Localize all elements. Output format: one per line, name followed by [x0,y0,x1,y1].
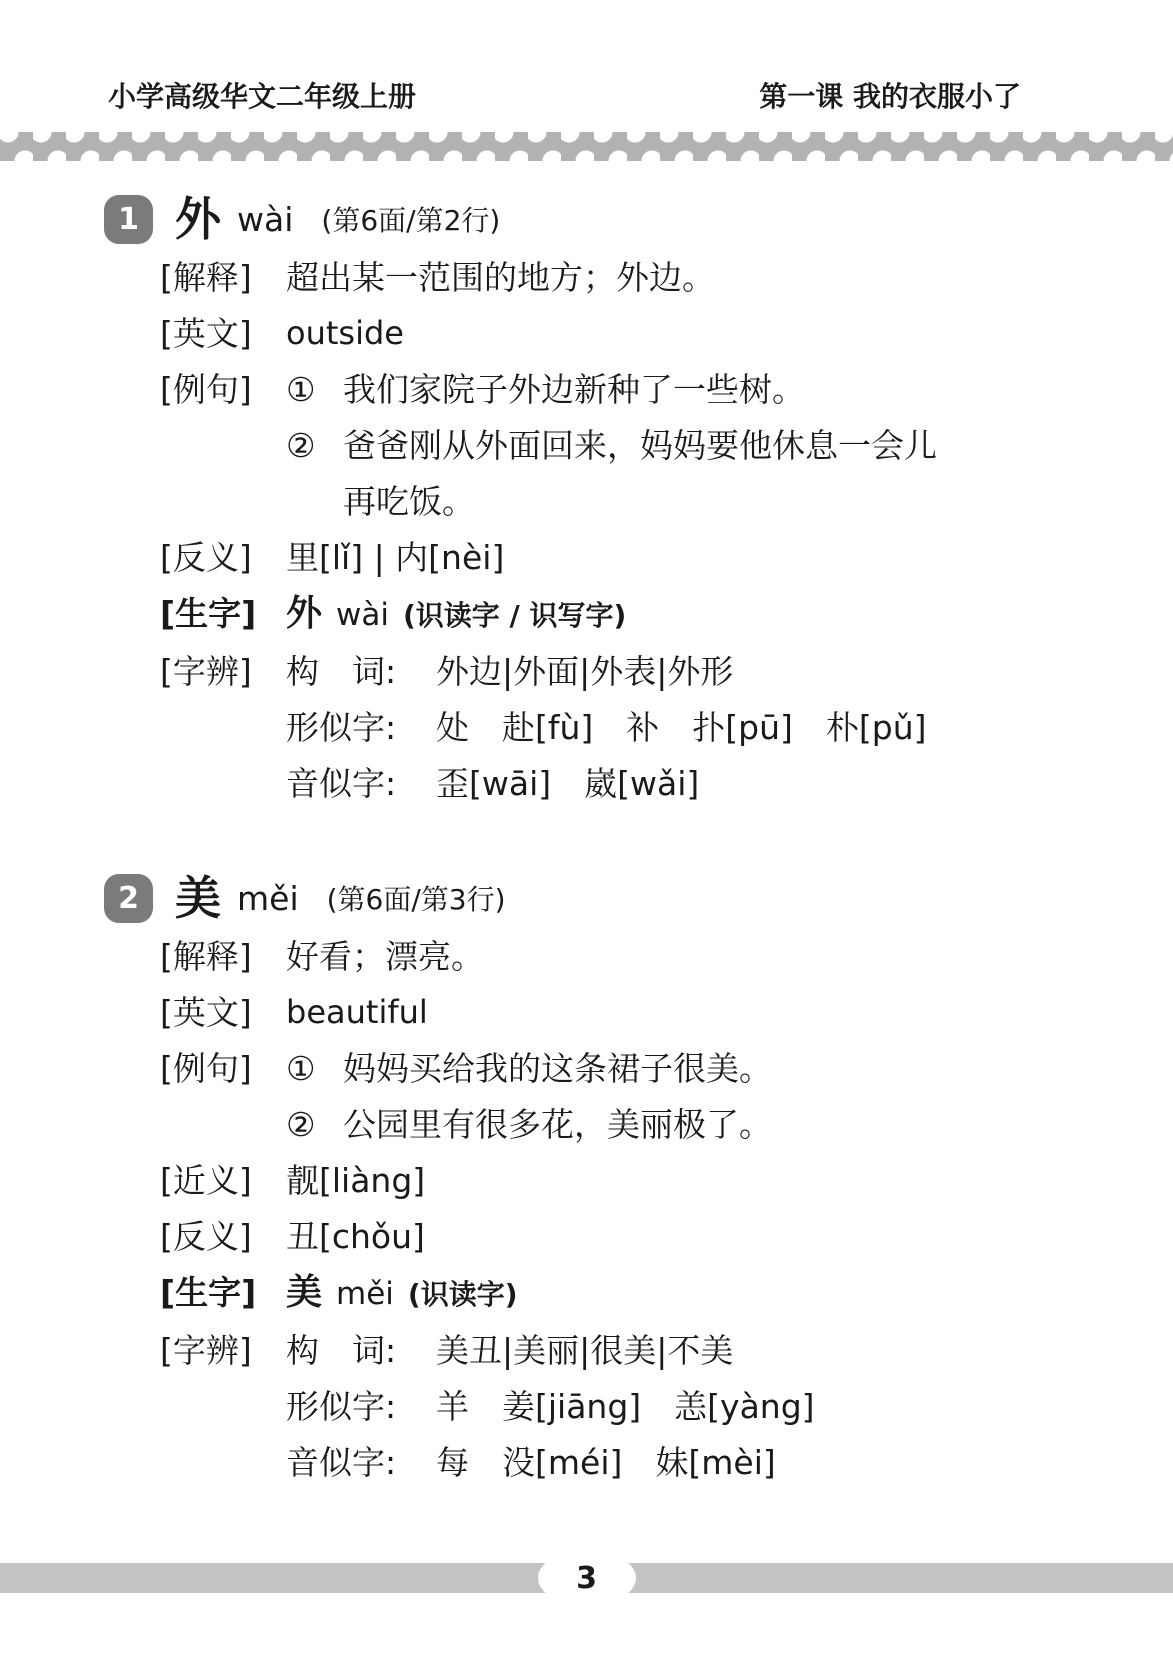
row-english: [英文] beautiful [160,994,1038,1031]
textbook-page: 小学高级华文二年级上册 第一课 我的衣服小了 1 外 wài (第6面/第2行)… [0,0,1173,1655]
row-character-discrimination: [字辨] 构 词: 美丑|美丽|很美|不美 形似字: 羊 姜[jiāng] 恙[… [160,1332,1038,1481]
entry-mei: 2 美 měi (第6面/第3行) [解释] 好看；漂亮。 [英文] beaut… [104,872,1038,1481]
new-character-pinyin: wài [336,597,389,634]
row-antonym: [反义] 丑[chǒu] [160,1218,1038,1255]
character-discrimination-label: [字辨] [160,1332,286,1369]
row-synonym: [近义] 靓[liàng] [160,1162,1038,1199]
example-number-1: ① [286,1050,343,1087]
similar-shape-text: 处 赴[fù] 补 扑[pū] 朴[pǔ] [436,709,927,746]
page-number-oval: 3 [538,1550,636,1606]
new-character-pinyin: měi [336,1276,394,1313]
character-discrimination-content: 构 词: 外边|外面|外表|外形 形似字: 处 赴[fù] 补 扑[pū] 朴[… [286,653,1038,802]
similar-shape-row: 形似字: 羊 姜[jiāng] 恙[yàng] [286,1388,1038,1425]
new-character-glyph: 外 [286,595,322,632]
similar-sound-text: 每 没[méi] 妹[mèi] [436,1444,776,1481]
book-title: 小学高级华文二年级上册 [108,80,416,114]
new-character-info: 外 wài (识读字 / 识写字) [286,595,1038,634]
entry-source-location: (第6面/第2行) [321,199,500,239]
page-number: 3 [576,1561,597,1596]
similar-shape-label: 形似字: [286,709,436,746]
word-formation-row: 构 词: 外边|外面|外表|外形 [286,653,1038,690]
entry-number-badge: 2 [104,874,153,923]
entry-wai-rows: [解释] 超出某一范围的地方；外边。 [英文] outside [例句] ① 我… [160,259,1038,802]
row-definition: [解释] 好看；漂亮。 [160,938,1038,975]
entry-wai-header: 1 外 wài (第6面/第2行) [104,193,1038,245]
definition-label: [解释] [160,259,286,296]
decorative-ribbon [0,132,1173,161]
definition-text: 超出某一范围的地方；外边。 [286,259,1038,296]
row-english: [英文] outside [160,315,1038,352]
antonym-text: 丑[chǒu] [286,1218,1038,1255]
entry-pinyin: wài [237,200,293,239]
similar-sound-text: 歪[wāi] 崴[wǎi] [436,765,699,802]
new-character-type-note: (识读字) [408,1276,518,1313]
example-text-2: 爸爸刚从外面回来，妈妈要他休息一会儿 [343,427,937,464]
word-formation-label: 构 词: [286,653,436,690]
row-example-sentences: [例句] ① 我们家院子外边新种了一些树。 ② 爸爸刚从外面回来，妈妈要他休息一… [160,371,1038,520]
example-continuation-indent [286,483,343,520]
similar-shape-text: 羊 姜[jiāng] 恙[yàng] [436,1388,815,1425]
entry-number-badge: 1 [104,195,153,244]
antonym-text: 里[lǐ] | 内[nèi] [286,539,1038,576]
definition-text: 好看；漂亮。 [286,938,1038,975]
character-discrimination-label: [字辨] [160,653,286,690]
entry-wai: 1 外 wài (第6面/第2行) [解释] 超出某一范围的地方；外边。 [英文… [104,193,1038,802]
example-number-2: ② [286,1106,343,1143]
word-formation-text: 外边|外面|外表|外形 [436,653,733,690]
english-text: outside [286,315,1038,352]
similar-shape-label: 形似字: [286,1388,436,1425]
example-sentence-1: ① 妈妈买给我的这条裙子很美。 [286,1050,1038,1087]
lesson-title: 第一课 我的衣服小了 [759,80,1021,114]
example-number-2: ② [286,427,343,464]
entry-character: 美 [175,872,221,924]
row-character-discrimination: [字辨] 构 词: 外边|外面|外表|外形 形似字: 处 赴[fù] 补 扑[p… [160,653,1038,802]
new-character-label: [生字] [160,1274,286,1311]
row-example-sentences: [例句] ① 妈妈买给我的这条裙子很美。 ② 公园里有很多花，美丽极了。 [160,1050,1038,1143]
antonym-label: [反义] [160,1218,286,1255]
entry-character: 外 [175,193,221,245]
page-content: 1 外 wài (第6面/第2行) [解释] 超出某一范围的地方；外边。 [英文… [0,161,1173,1500]
similar-sound-label: 音似字: [286,1444,436,1481]
antonym-label: [反义] [160,539,286,576]
page-header: 小学高级华文二年级上册 第一课 我的衣服小了 [0,80,1173,114]
example-sentences: ① 妈妈买给我的这条裙子很美。 ② 公园里有很多花，美丽极了。 [286,1050,1038,1143]
english-label: [英文] [160,994,286,1031]
example-text-2-continued: 再吃饭。 [343,483,475,520]
similar-sound-label: 音似字: [286,765,436,802]
english-label: [英文] [160,315,286,352]
word-formation-row: 构 词: 美丑|美丽|很美|不美 [286,1332,1038,1369]
example-label: [例句] [160,1050,286,1087]
similar-shape-row: 形似字: 处 赴[fù] 补 扑[pū] 朴[pǔ] [286,709,1038,746]
example-sentence-2-continued: 再吃饭。 [286,483,1038,520]
entry-pinyin: měi [237,879,299,918]
row-antonym: [反义] 里[lǐ] | 内[nèi] [160,539,1038,576]
row-new-character: [生字] 外 wài (识读字 / 识写字) [160,595,1038,634]
example-sentence-2: ② 公园里有很多花，美丽极了。 [286,1106,1038,1143]
example-text-2: 公园里有很多花，美丽极了。 [343,1106,772,1143]
example-number-1: ① [286,371,343,408]
english-text: beautiful [286,994,1038,1031]
new-character-type-note: (识读字 / 识写字) [403,597,626,634]
similar-sound-row: 音似字: 每 没[méi] 妹[mèi] [286,1444,1038,1481]
synonym-label: [近义] [160,1162,286,1199]
similar-sound-row: 音似字: 歪[wāi] 崴[wǎi] [286,765,1038,802]
word-formation-label: 构 词: [286,1332,436,1369]
footer-band: 3 [0,1563,1173,1593]
example-sentence-2: ② 爸爸刚从外面回来，妈妈要他休息一会儿 [286,427,1038,464]
definition-label: [解释] [160,938,286,975]
example-label: [例句] [160,371,286,408]
new-character-info: 美 měi (识读字) [286,1274,1038,1313]
row-new-character: [生字] 美 měi (识读字) [160,1274,1038,1313]
entry-mei-header: 2 美 měi (第6面/第3行) [104,872,1038,924]
example-sentences: ① 我们家院子外边新种了一些树。 ② 爸爸刚从外面回来，妈妈要他休息一会儿 再吃… [286,371,1038,520]
entry-source-location: (第6面/第3行) [327,878,506,918]
example-text-1: 我们家院子外边新种了一些树。 [343,371,805,408]
new-character-label: [生字] [160,595,286,632]
entry-mei-rows: [解释] 好看；漂亮。 [英文] beautiful [例句] ① 妈妈买给我的… [160,938,1038,1481]
character-discrimination-content: 构 词: 美丑|美丽|很美|不美 形似字: 羊 姜[jiāng] 恙[yàng]… [286,1332,1038,1481]
example-sentence-1: ① 我们家院子外边新种了一些树。 [286,371,1038,408]
new-character-glyph: 美 [286,1274,322,1311]
synonym-text: 靓[liàng] [286,1162,1038,1199]
example-text-1: 妈妈买给我的这条裙子很美。 [343,1050,772,1087]
row-definition: [解释] 超出某一范围的地方；外边。 [160,259,1038,296]
word-formation-text: 美丑|美丽|很美|不美 [436,1332,733,1369]
